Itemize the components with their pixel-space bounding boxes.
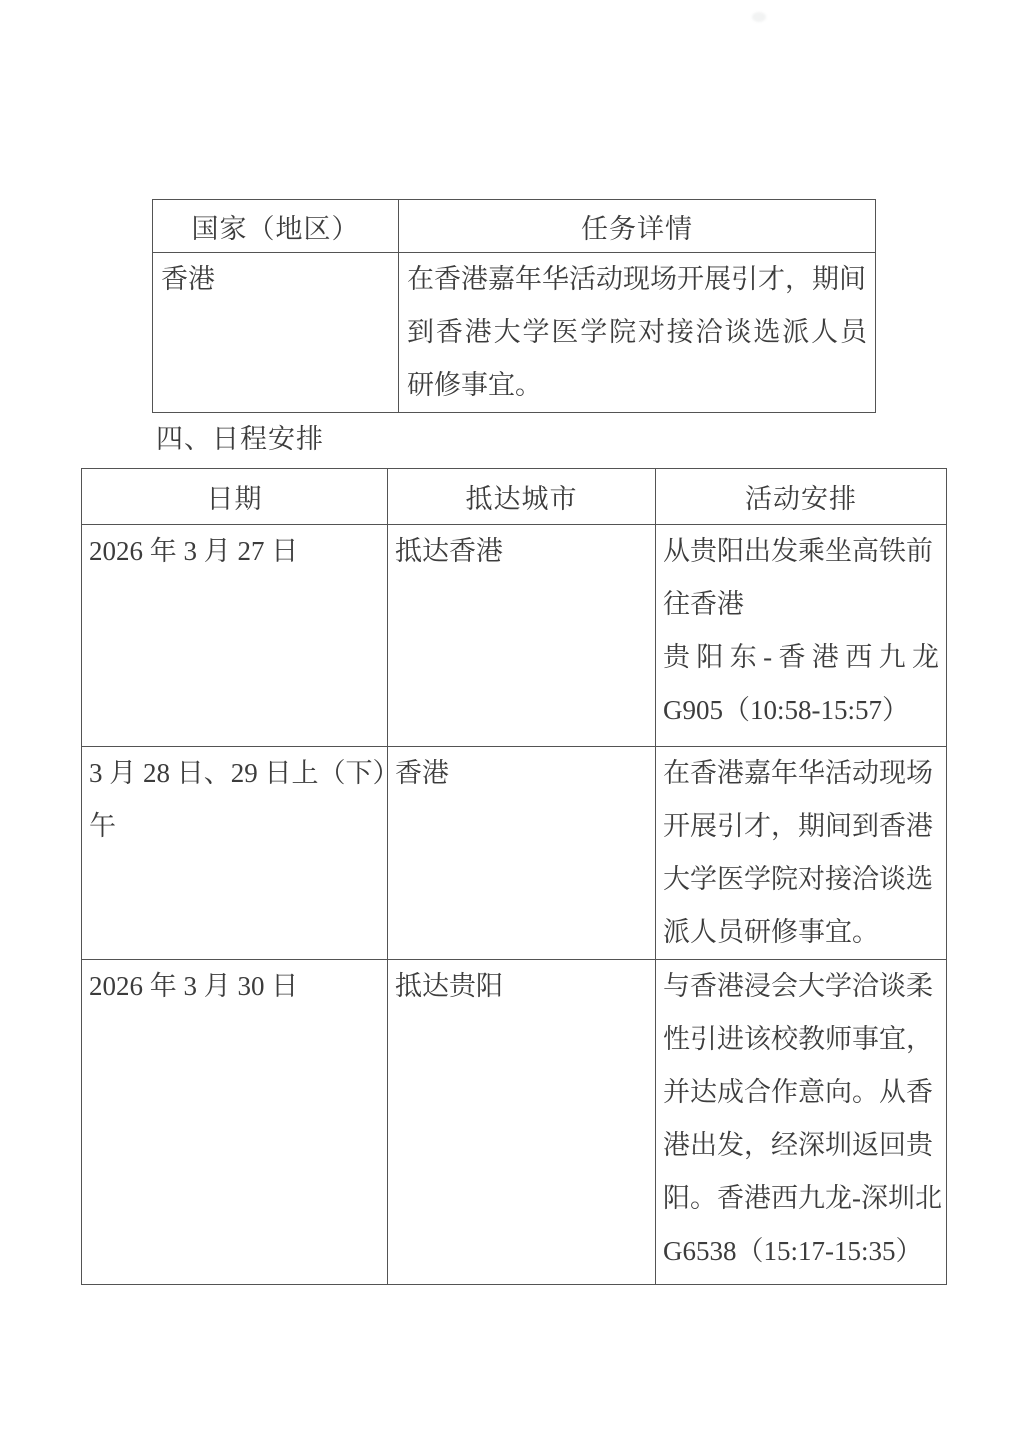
activity-line: 开展引才，期间到香港	[663, 800, 939, 853]
detail-line: 在香港嘉年华活动现场开展引才，期间	[407, 253, 867, 306]
activity-line: 在香港嘉年华活动现场	[663, 747, 939, 800]
detail-line: 到香港大学医学院对接洽谈选派人员	[407, 306, 867, 359]
activity-line: 往香港	[663, 578, 939, 631]
activity-line: G6538（15:17-15:35）	[663, 1225, 939, 1278]
activity-line: 性引进该校教师事宜，	[663, 1013, 939, 1066]
region-text: 香港	[161, 253, 390, 306]
section-heading: 四、日程安排	[156, 423, 324, 455]
activity-line: 大学医学院对接洽谈选	[663, 853, 939, 906]
city-text: 抵达贵阳	[395, 960, 648, 1013]
schedule-header-activity: 活动安排	[656, 469, 947, 525]
task-table: 国家（地区） 任务详情 香港 在香港嘉年华活动现场开展引才，期间 到香港大学医学…	[152, 199, 876, 413]
schedule-header-date: 日期	[82, 469, 388, 525]
schedule-row-3: 2026 年 3 月 30 日 抵达贵阳 与香港浸会大学洽谈柔 性引进该校教师事…	[82, 960, 947, 1285]
schedule-header-city: 抵达城市	[388, 469, 656, 525]
activity-line: 港出发，经深圳返回贵	[663, 1119, 939, 1172]
schedule-cell-date: 2026 年 3 月 30 日	[82, 960, 388, 1285]
task-table-header-detail: 任务详情	[399, 200, 876, 253]
date-line: 2026 年 3 月 30 日	[89, 960, 380, 1013]
document-page: 国家（地区） 任务详情 香港 在香港嘉年华活动现场开展引才，期间 到香港大学医学…	[0, 0, 1024, 1448]
schedule-cell-activity: 在香港嘉年华活动现场 开展引才，期间到香港 大学医学院对接洽谈选 派人员研修事宜…	[656, 747, 947, 960]
date-line: 午	[89, 800, 380, 853]
task-table-header-row: 国家（地区） 任务详情	[153, 200, 876, 253]
task-table-row: 香港 在香港嘉年华活动现场开展引才，期间 到香港大学医学院对接洽谈选派人员 研修…	[153, 253, 876, 413]
task-table-cell-detail: 在香港嘉年华活动现场开展引才，期间 到香港大学医学院对接洽谈选派人员 研修事宜。	[399, 253, 876, 413]
schedule-table-header-row: 日期 抵达城市 活动安排	[82, 469, 947, 525]
schedule-cell-activity: 从贵阳出发乘坐高铁前 往香港 贵阳东-香港西九龙 G905（10:58-15:5…	[656, 525, 947, 747]
schedule-cell-city: 抵达贵阳	[388, 960, 656, 1285]
task-table-cell-region: 香港	[153, 253, 399, 413]
schedule-cell-city: 香港	[388, 747, 656, 960]
scan-smudge-artifact	[752, 12, 766, 22]
schedule-cell-activity: 与香港浸会大学洽谈柔 性引进该校教师事宜， 并达成合作意向。从香 港出发，经深圳…	[656, 960, 947, 1285]
activity-line: 并达成合作意向。从香	[663, 1066, 939, 1119]
schedule-table: 日期 抵达城市 活动安排 2026 年 3 月 27 日 抵达香港 从贵阳出发乘…	[81, 468, 947, 1285]
task-table-header-region: 国家（地区）	[153, 200, 399, 253]
detail-line: 研修事宜。	[407, 359, 867, 412]
schedule-row-2: 3 月 28 日、29 日上（下） 午 香港 在香港嘉年华活动现场 开展引才，期…	[82, 747, 947, 960]
activity-line: 贵阳东-香港西九龙	[663, 631, 939, 684]
activity-line: 阳。香港西九龙-深圳北	[663, 1172, 939, 1225]
date-line: 3 月 28 日、29 日上（下）	[89, 747, 380, 800]
activity-line: 从贵阳出发乘坐高铁前	[663, 525, 939, 578]
schedule-cell-date: 2026 年 3 月 27 日	[82, 525, 388, 747]
activity-line: 派人员研修事宜。	[663, 906, 939, 959]
activity-line: G905（10:58-15:57）	[663, 684, 939, 737]
city-text: 香港	[395, 747, 648, 800]
schedule-cell-city: 抵达香港	[388, 525, 656, 747]
schedule-cell-date: 3 月 28 日、29 日上（下） 午	[82, 747, 388, 960]
schedule-row-1: 2026 年 3 月 27 日 抵达香港 从贵阳出发乘坐高铁前 往香港 贵阳东-…	[82, 525, 947, 747]
city-text: 抵达香港	[395, 525, 648, 578]
date-line: 2026 年 3 月 27 日	[89, 525, 380, 578]
activity-line: 与香港浸会大学洽谈柔	[663, 960, 939, 1013]
